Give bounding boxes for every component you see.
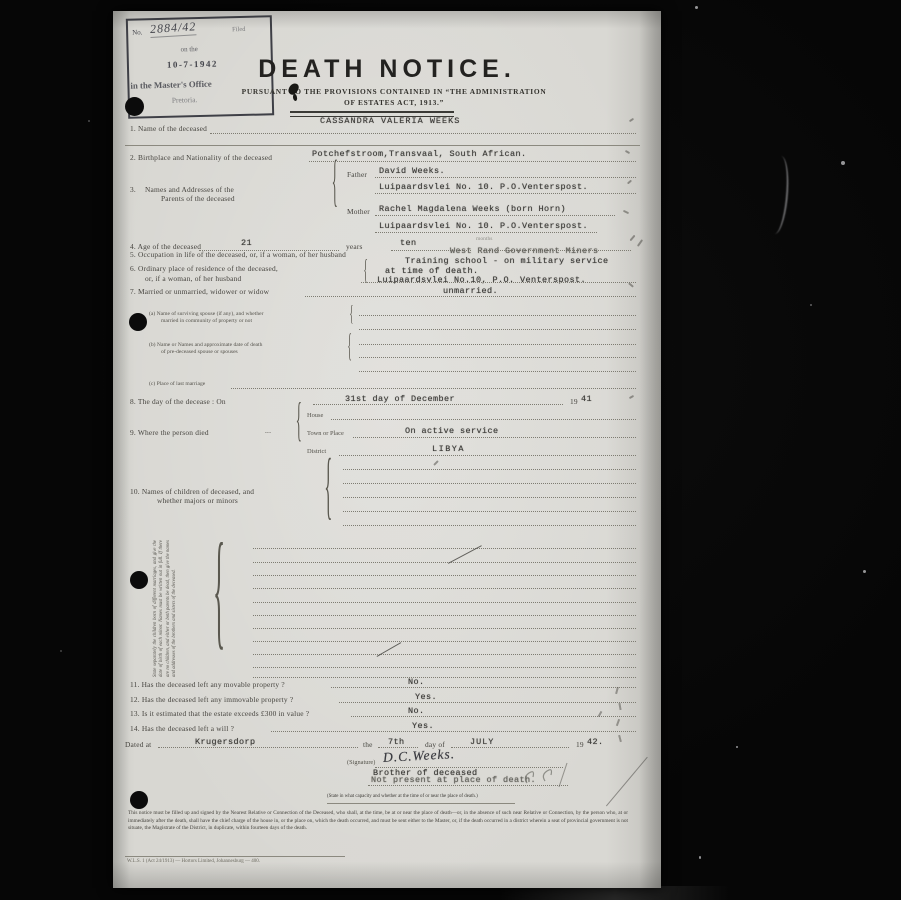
field-label-residence-2: or, if a woman, of her husband — [145, 274, 241, 283]
stamp-on-the: on the — [180, 45, 198, 53]
age-years-value: 21 — [241, 238, 252, 248]
brace-sub-b: { — [347, 332, 351, 365]
pencil-annotation — [521, 759, 571, 795]
hole-punch — [130, 571, 148, 589]
film-speck — [736, 746, 738, 748]
pen-mark — [629, 395, 634, 399]
movable-value: No. — [408, 677, 425, 687]
hole-punch — [125, 97, 144, 116]
field-label-parents-1: Names and Addresses of the — [145, 185, 234, 194]
field-label-immovable: 12. Has the deceased left any immovable … — [130, 695, 293, 704]
stamp-filed: Filed — [232, 26, 246, 33]
pen-tick — [433, 460, 439, 466]
brace-children-top: { — [324, 449, 332, 524]
marital-value: unmarried. — [443, 286, 498, 296]
pencil-mark — [616, 719, 620, 726]
field-value-name: CASSANDRA VALERIA WEEKS — [320, 116, 460, 126]
dated-month: JULY — [470, 737, 494, 747]
mother-value: Rachel Magdalena Weeks (born Horn) — [379, 204, 566, 214]
pen-mark — [628, 282, 634, 287]
signature-label: (Signature) — [347, 759, 375, 766]
hole-punch — [129, 313, 147, 331]
field-label-parents-2: Parents of the deceased — [161, 194, 235, 203]
caption-rule — [327, 803, 515, 804]
brace-sub-a: { — [349, 305, 353, 327]
field-label-children-1: 10. Names of children of deceased, and — [130, 487, 254, 496]
age-months-value: ten — [400, 238, 417, 248]
age-years-unit: years — [346, 242, 363, 251]
signature-caption: (State in what capacity and whether at t… — [327, 794, 478, 799]
dated-year-prefix: 19 — [576, 740, 584, 749]
father-value: David Weeks. — [379, 166, 445, 176]
film-speck — [841, 161, 845, 165]
decease-year-value: 41 — [581, 394, 592, 404]
dated-place: Krugersdorp — [195, 737, 256, 747]
film-speck — [863, 570, 866, 573]
signature-presence: Not present at place of death. — [371, 775, 536, 785]
pen-mark — [627, 180, 632, 185]
field-label-decease-day: 8. The day of the decease : On — [130, 397, 226, 406]
decease-day-value: 31st day of December — [345, 394, 455, 404]
stamp-number: 2884/42 — [150, 19, 197, 38]
stamp-no-label: No. — [132, 28, 143, 36]
sub-a-label-2: married in community of property or not — [161, 318, 252, 324]
film-smudge — [500, 886, 730, 900]
occupation-line2: Training school - on military service — [405, 256, 609, 266]
father-address: Luipaardsvlei No. 10. P.O.Venterspost. — [379, 182, 588, 192]
dated-label: Dated at — [125, 740, 151, 749]
subtitle-line1: PURSUANT TO THE PROVISIONS CONTAINED IN … — [149, 87, 639, 96]
sub-a-label-1: (a) Name of surviving spouse (if any), a… — [149, 311, 263, 317]
age-months-unit: months — [476, 236, 492, 242]
pencil-stroke — [606, 757, 648, 807]
mother-label: Mother — [347, 207, 370, 216]
field-value-birthplace: Potchefstroom,Transvaal, South African. — [312, 149, 527, 159]
immovable-value: Yes. — [415, 692, 437, 702]
field-label-marital: 7. Married or unmarried, widower or wido… — [130, 287, 269, 296]
field-label-name: 1. Name of the deceased — [130, 124, 207, 133]
dated-the: the — [363, 740, 373, 749]
film-speck — [88, 120, 90, 122]
subtitle-line2: OF ESTATES ACT, 1913.” — [149, 98, 639, 107]
town-value: On active service — [405, 426, 499, 436]
brace-children-big: { — [213, 527, 225, 657]
field-label-estate-value: 13. Is it estimated that the estate exce… — [130, 709, 309, 718]
field-label-children-2: whether majors or minors — [157, 496, 238, 505]
pen-mark — [623, 210, 629, 214]
imprint-rule — [125, 856, 345, 857]
town-label: Town or Place — [307, 430, 344, 437]
brace-where-died: { — [296, 399, 302, 447]
sub-c-label: (c) Place of last marriage — [149, 381, 205, 387]
section-rule — [125, 145, 640, 146]
residence-value: Luipaardsvlei No.10, P.O. Venterspost. — [377, 275, 586, 285]
page-title: DEATH NOTICE. — [113, 55, 661, 84]
sub-b-label-2: of pre-deceased spouse or spouses — [161, 349, 238, 355]
field-label-where-died: 9. Where the person died — [130, 428, 209, 437]
footnote-paragraph: This notice must be filled up and signed… — [128, 810, 628, 833]
printer-imprint: W.L.S. 1 (Act 24/1913) — Hortors Limited… — [127, 859, 260, 864]
field-label-will: 14. Has the deceased left a will ? — [130, 724, 234, 733]
occupation-line1: West Rand Government Miners — [450, 246, 599, 256]
pencil-mark — [615, 687, 619, 694]
pen-mark — [625, 150, 630, 154]
pen-mark — [629, 235, 635, 242]
estate-value: No. — [408, 706, 425, 716]
mother-address: Luipaardsvlei No. 10. P.O.Venterspost. — [379, 221, 588, 231]
will-value: Yes. — [412, 721, 434, 731]
dated-day: 7th — [388, 737, 405, 747]
film-speck — [699, 856, 701, 859]
father-label: Father — [347, 170, 367, 179]
sub-b-label-1: (b) Name or Names and approximate date o… — [149, 342, 262, 348]
pen-stroke — [377, 642, 402, 657]
pencil-mark — [618, 703, 621, 710]
where-died-dots: ... — [265, 426, 271, 435]
pen-flourish — [637, 239, 643, 247]
house-label: House — [307, 412, 323, 419]
film-speck — [810, 304, 812, 306]
film-speck — [60, 650, 62, 652]
field-label-birthplace: 2. Birthplace and Nationality of the dec… — [130, 153, 272, 162]
district-value: LIBYA — [432, 444, 465, 454]
pen-mark — [629, 118, 634, 123]
field-label-movable: 11. Has the deceased left any movable pr… — [130, 680, 285, 689]
brace-parents: { — [332, 156, 338, 214]
pencil-mark — [618, 735, 622, 742]
signature-handwritten: D.C.Weeks. — [383, 746, 456, 766]
children-note-rotated: State separately the children born of di… — [153, 540, 198, 677]
hole-punch — [130, 791, 148, 809]
field-number-parents: 3. — [130, 185, 136, 194]
district-label: District — [307, 448, 326, 455]
decease-year-prefix: 19 — [570, 397, 578, 406]
film-speck — [695, 6, 698, 9]
dated-year: 42. — [587, 737, 604, 747]
death-notice-page: No. 2884/42 Filed on the 10-7-1942 in th… — [113, 11, 661, 888]
field-label-residence-1: 6. Ordinary place of residence of the de… — [130, 264, 278, 273]
field-label-occupation: 5. Occupation in life of the deceased, o… — [130, 250, 346, 259]
